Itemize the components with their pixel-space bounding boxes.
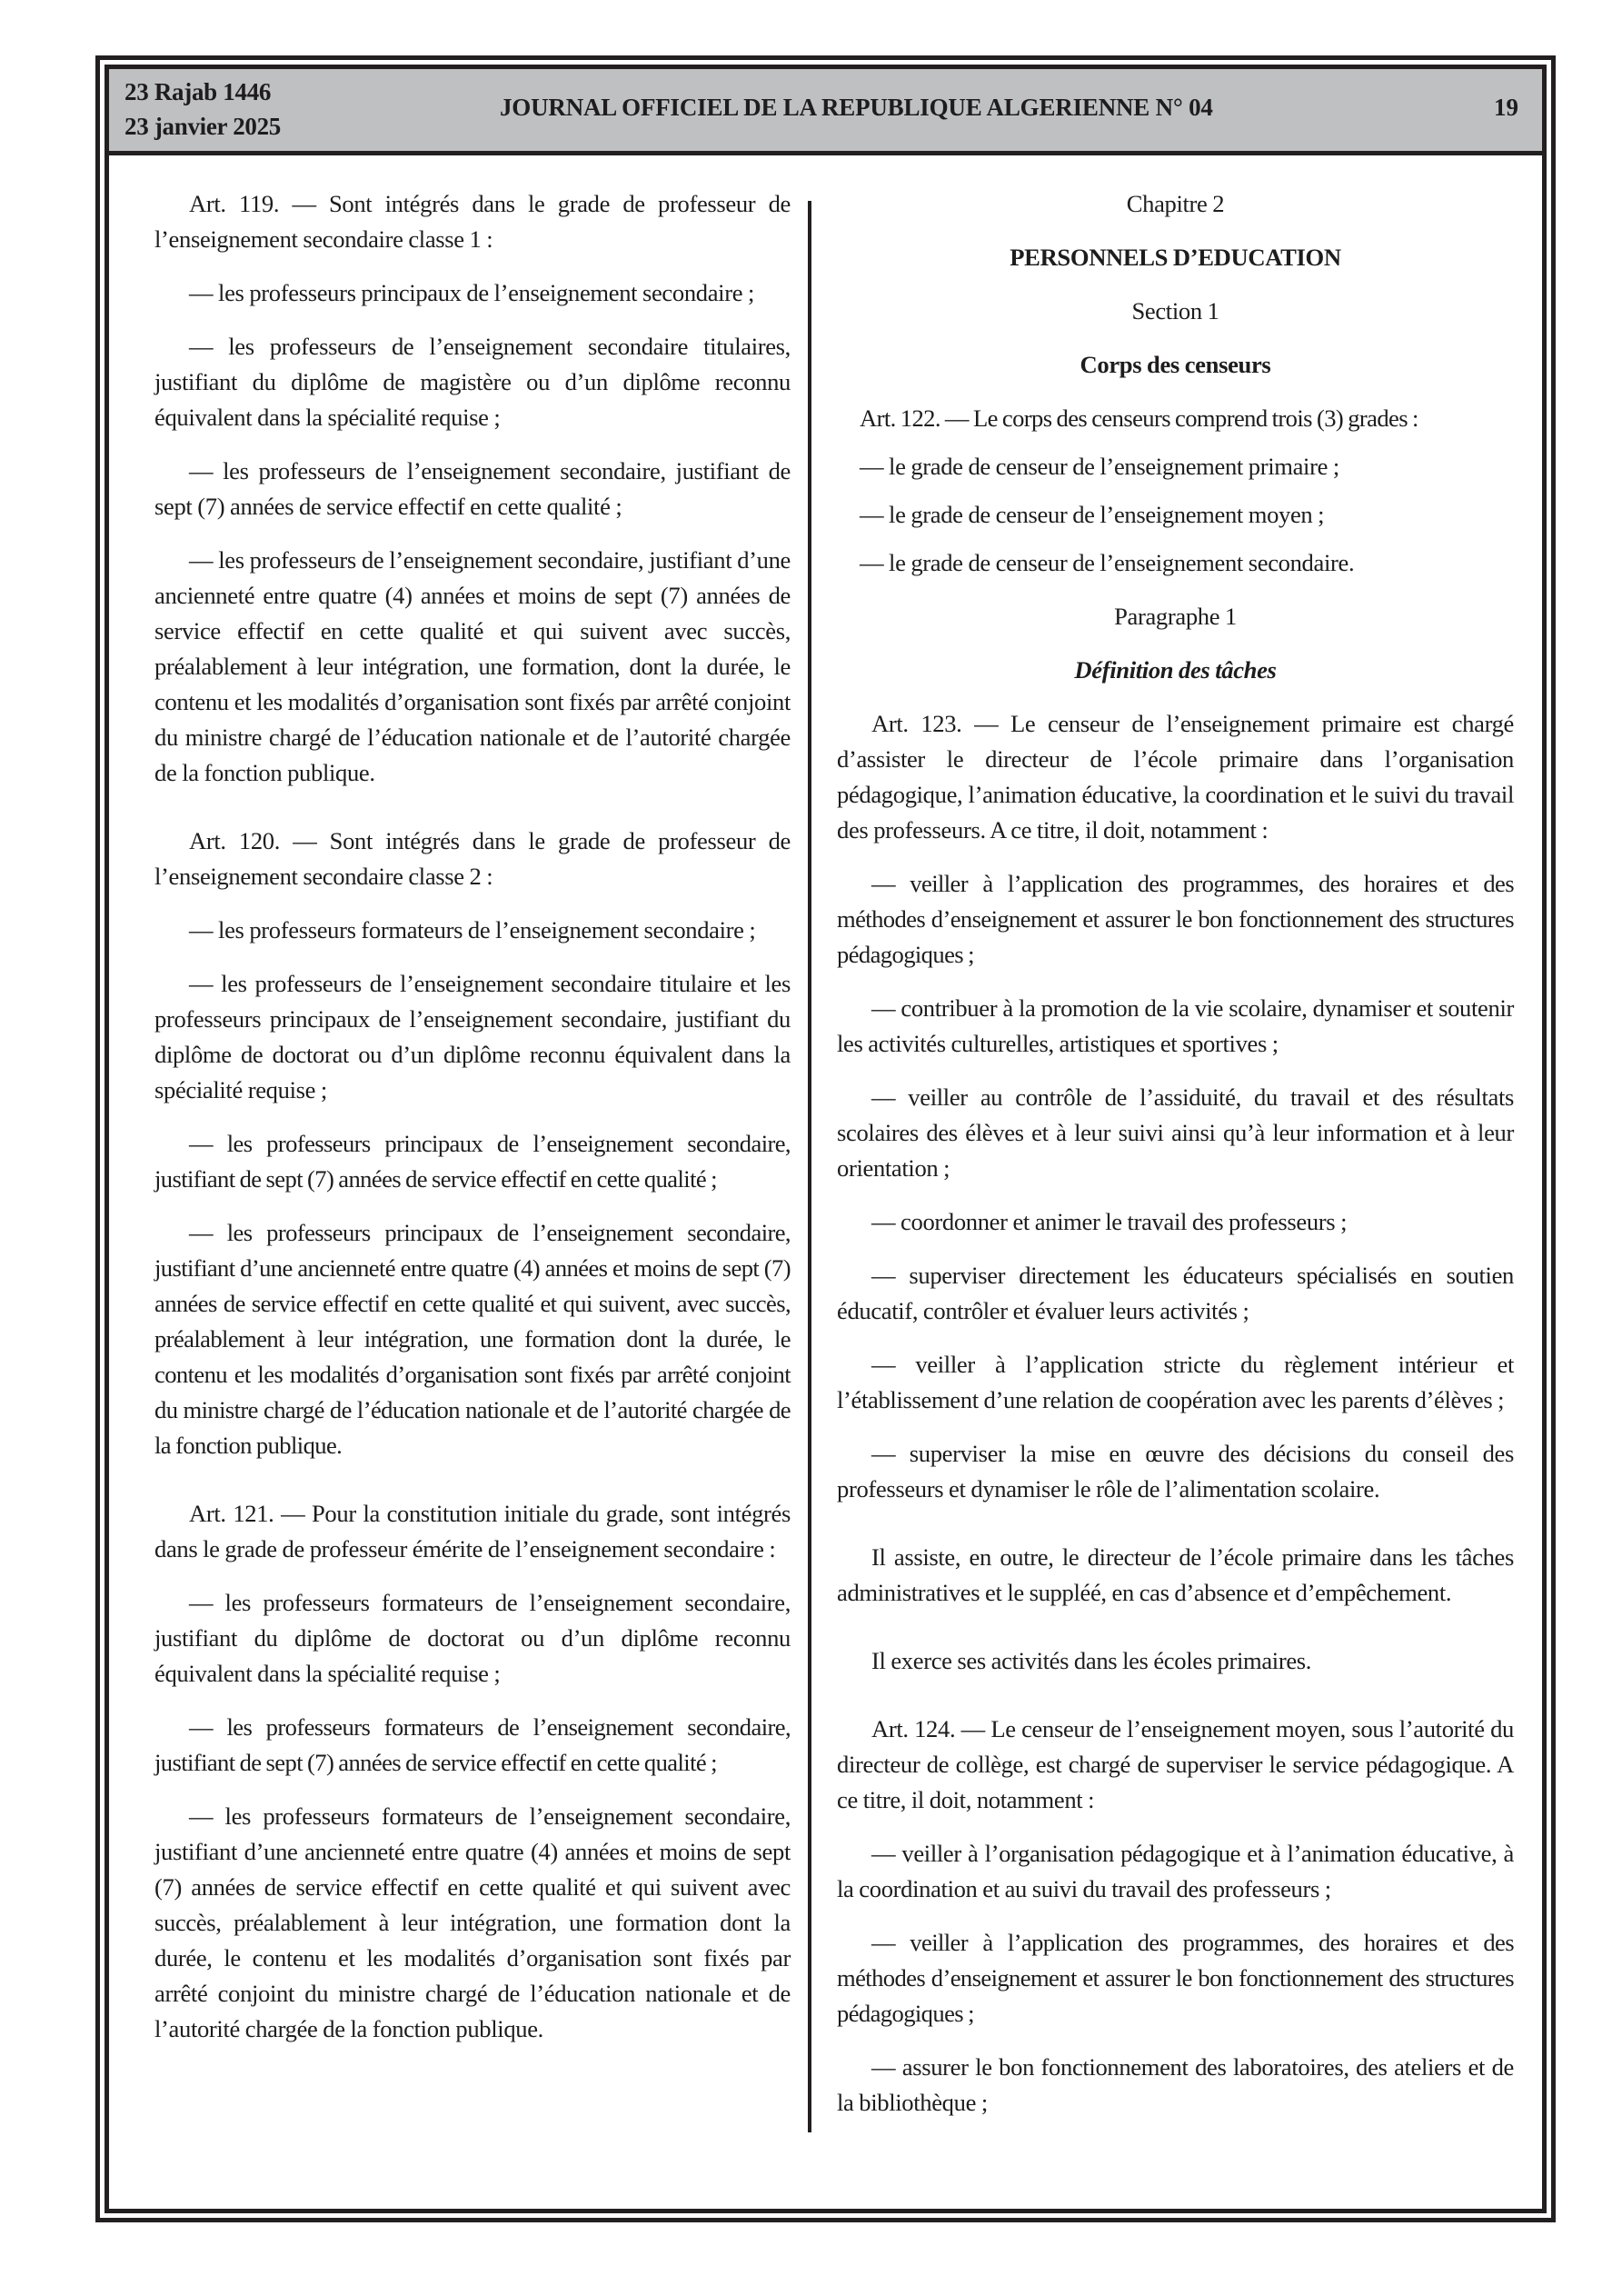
page-number: 19 (1494, 92, 1518, 123)
section-label: Section 1 (837, 294, 1514, 329)
hijri-date: 23 Rajab 1446 (124, 75, 281, 109)
article-intro: Art. 122. — Le corps des censeurs compre… (837, 401, 1514, 436)
list-item: — les professeurs formateurs de l’enseig… (154, 913, 791, 948)
article-intro: Art. 124. — Le censeur de l’enseignement… (837, 1712, 1514, 1818)
list-item: — superviser directement les éducateurs … (837, 1258, 1514, 1329)
article-124: Art. 124. — Le censeur de l’enseignement… (837, 1712, 1514, 2121)
left-column: Art. 119. — Sont intégrés dans le grade … (154, 186, 791, 2047)
list-item: — coordonner et animer le travail des pr… (837, 1204, 1514, 1240)
list-item: — le grade de censeur de l’enseignement … (837, 497, 1514, 533)
list-item: — les professeurs formateurs de l’enseig… (154, 1585, 791, 1692)
list-item: — contribuer à la promotion de la vie sc… (837, 991, 1514, 1062)
article-intro: Art. 119. — Sont intégrés dans le grade … (154, 186, 791, 257)
list-item: — les professeurs de l’enseignement seco… (154, 454, 791, 524)
journal-title: JOURNAL OFFICIEL DE LA REPUBLIQUE ALGERI… (500, 92, 1213, 123)
list-item: — le grade de censeur de l’enseignement … (837, 449, 1514, 484)
section-title: Corps des censeurs (837, 347, 1514, 383)
gregorian-date: 23 janvier 2025 (124, 109, 281, 144)
page-header: 23 Rajab 1446 23 janvier 2025 JOURNAL OF… (109, 69, 1542, 155)
article-121: Art. 121. — Pour la constitution initial… (154, 1496, 791, 2047)
chapter-label: Chapitre 2 (837, 186, 1514, 222)
list-item: — veiller à l’application des programmes… (837, 866, 1514, 973)
header-dates: 23 Rajab 1446 23 janvier 2025 (124, 75, 281, 144)
list-item: — veiller à l’application des programmes… (837, 1925, 1514, 2031)
list-item: — les professeurs principaux de l’enseig… (154, 1126, 791, 1197)
list-item: — veiller à l’application stricte du règ… (837, 1347, 1514, 1418)
article-119: Art. 119. — Sont intégrés dans le grade … (154, 186, 791, 791)
list-item: — veiller à l’organisation pédagogique e… (837, 1836, 1514, 1907)
article-intro: Art. 121. — Pour la constitution initial… (154, 1496, 791, 1567)
list-item: — les professeurs de l’enseignement seco… (154, 543, 791, 791)
list-item: — les professeurs formateurs de l’enseig… (154, 1710, 791, 1781)
paragraph-title: Définition des tâches (837, 653, 1514, 688)
column-divider (808, 201, 811, 2132)
paragraph-label: Paragraphe 1 (837, 599, 1514, 634)
closing-paragraph: Il exerce ses activités dans les écoles … (837, 1643, 1514, 1679)
list-item: — les professeurs principaux de l’enseig… (154, 1215, 791, 1463)
list-item: — les professeurs principaux de l’enseig… (154, 275, 791, 311)
article-intro: Art. 123. — Le censeur de l’enseignement… (837, 706, 1514, 848)
closing-paragraph: Il assiste, en outre, le directeur de l’… (837, 1540, 1514, 1611)
article-123: Art. 123. — Le censeur de l’enseignement… (837, 706, 1514, 1679)
article-120: Art. 120. — Sont intégrés dans le grade … (154, 824, 791, 1463)
list-item: — les professeurs de l’enseignement seco… (154, 329, 791, 435)
list-item: — assurer le bon fonctionnement des labo… (837, 2050, 1514, 2121)
list-item: — le grade de censeur de l’enseignement … (837, 545, 1514, 581)
article-122: Art. 122. — Le corps des censeurs compre… (837, 401, 1514, 581)
list-item: — les professeurs formateurs de l’enseig… (154, 1799, 791, 2047)
list-item: — les professeurs de l’enseignement seco… (154, 966, 791, 1108)
right-column: Chapitre 2 PERSONNELS D’EDUCATION Sectio… (837, 186, 1514, 2121)
list-item: — veiller au contrôle de l’assiduité, du… (837, 1080, 1514, 1186)
chapter-title: PERSONNELS D’EDUCATION (837, 240, 1514, 275)
article-intro: Art. 120. — Sont intégrés dans le grade … (154, 824, 791, 894)
list-item: — superviser la mise en œuvre des décisi… (837, 1436, 1514, 1507)
